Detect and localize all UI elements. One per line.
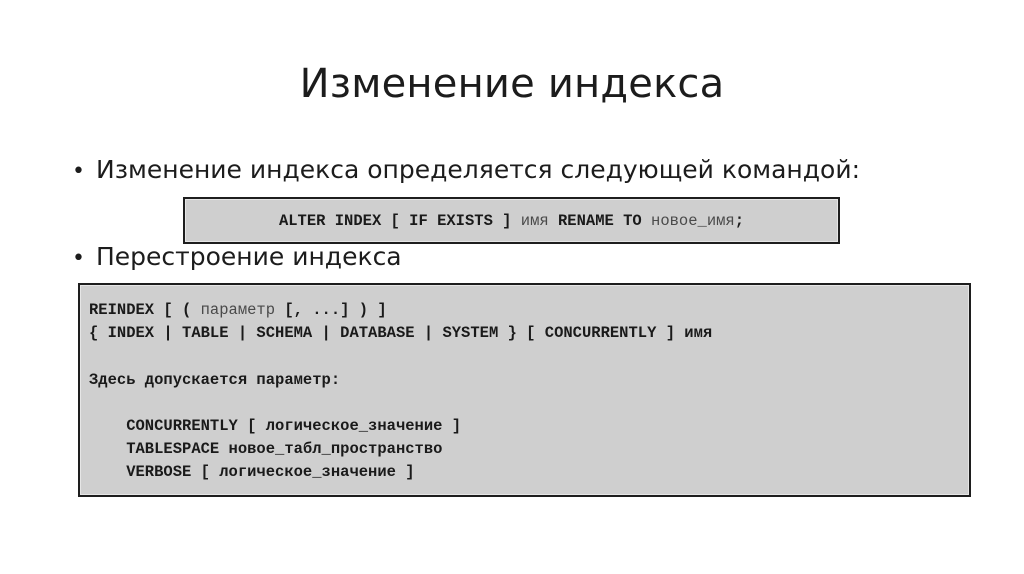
bullet-alter-index: •Изменение индекса определяется следующе… bbox=[72, 154, 860, 188]
code-line: Здесь допускается параметр: bbox=[89, 369, 969, 392]
code-line: REINDEX [ ( параметр [, ...] ) ] bbox=[89, 299, 969, 322]
alter-index-syntax-box: ALTER INDEX [ IF EXISTS ] имя RENAME TO … bbox=[183, 197, 840, 244]
code-keyword: Здесь допускается параметр: bbox=[89, 371, 340, 389]
bullet-marker: • bbox=[72, 243, 96, 275]
code-placeholder: параметр bbox=[201, 301, 275, 319]
code-line: TABLESPACE новое_табл_пространство bbox=[89, 438, 969, 461]
code-keyword: ALTER INDEX [ IF EXISTS ] bbox=[279, 212, 521, 230]
code-keyword: REINDEX [ ( bbox=[89, 301, 201, 319]
code-keyword: [, ...] ) ] bbox=[275, 301, 387, 319]
code-keyword: CONCURRENTLY [ логическое_значение ] bbox=[89, 417, 461, 435]
code-keyword: ; bbox=[735, 212, 744, 230]
code-line bbox=[89, 392, 969, 415]
bullet-reindex: •Перестроение индекса bbox=[72, 241, 402, 275]
code-line: CONCURRENTLY [ логическое_значение ] bbox=[89, 415, 969, 438]
code-placeholder: новое_имя bbox=[651, 212, 735, 230]
bullet-text: Перестроение индекса bbox=[96, 242, 402, 271]
code-line bbox=[89, 345, 969, 368]
bullet-text: Изменение индекса определяется следующей… bbox=[96, 155, 860, 184]
code-line: { INDEX | TABLE | SCHEMA | DATABASE | SY… bbox=[89, 322, 969, 345]
slide-title: Изменение индекса bbox=[0, 56, 1024, 112]
code-keyword: VERBOSE [ логическое_значение ] bbox=[89, 463, 415, 481]
code-line: VERBOSE [ логическое_значение ] bbox=[89, 461, 969, 484]
code-keyword: { INDEX | TABLE | SCHEMA | DATABASE | SY… bbox=[89, 324, 684, 342]
bullet-marker: • bbox=[72, 156, 96, 188]
code-keyword: имя bbox=[684, 324, 712, 342]
code-placeholder: имя bbox=[521, 212, 549, 230]
code-keyword: RENAME TO bbox=[549, 212, 651, 230]
code-keyword: TABLESPACE новое_табл_пространство bbox=[89, 440, 442, 458]
reindex-syntax-box: REINDEX [ ( параметр [, ...] ) ]{ INDEX … bbox=[78, 283, 971, 497]
